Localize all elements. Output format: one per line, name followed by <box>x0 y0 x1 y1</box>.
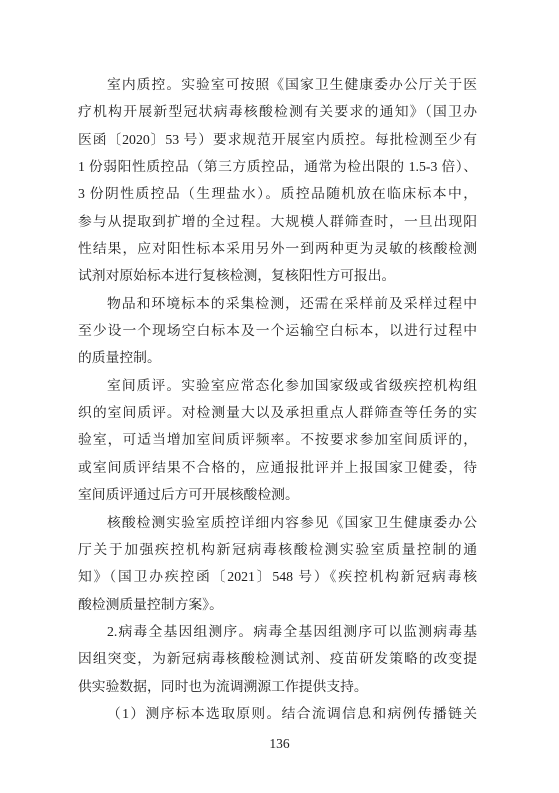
text-line: 酸检测质量控制方案》。 <box>78 591 477 618</box>
text-line: （1）测序标本选取原则。结合流调信息和病例传播链关 <box>78 700 477 727</box>
text-line: 2.病毒全基因组测序。病毒全基因组测序可以监测病毒基 <box>78 618 477 645</box>
text-line: 疗机构开展新型冠状病毒核酸检测有关要求的通知》（国卫办 <box>78 98 477 125</box>
text-line: 参与从提取到扩增的全过程。大规模人群筛查时，一旦出现阳 <box>78 208 477 235</box>
text-line: 核酸检测实验室质控详细内容参见《国家卫生健康委办公 <box>78 509 477 536</box>
text-line: 的质量控制。 <box>78 344 477 371</box>
text-line: 物品和环境标本的采集检测，还需在采样前及采样过程中 <box>78 290 477 317</box>
text-line: 室间质评通过后方可开展核酸检测。 <box>78 481 477 508</box>
text-line: 3 份阴性质控品（生理盐水）。质控品随机放在临床标本中， <box>78 180 477 207</box>
page-number: 136 <box>0 736 559 752</box>
text-line: 厅关于加强疾控机构新冠病毒核酸检测实验室质量控制的通 <box>78 536 477 563</box>
text-line: 性结果，应对阳性标本采用另外一到两种更为灵敏的核酸检测 <box>78 235 477 262</box>
text-line: 或室间质评结果不合格的，应通报批评并上报国家卫健委，待 <box>78 454 477 481</box>
text-line: 试剂对原始标本进行复核检测，复核阳性方可报出。 <box>78 262 477 289</box>
text-line: 室间质评。实验室应常态化参加国家级或省级疾控机构组 <box>78 372 477 399</box>
text-line: 织的室间质评。对检测量大以及承担重点人群筛查等任务的实 <box>78 399 477 426</box>
text-block: 室内质控。实验室可按照《国家卫生健康委办公厅关于医疗机构开展新型冠状病毒核酸检测… <box>78 71 477 727</box>
text-line: 医函〔2020〕53 号）要求规范开展室内质控。每批检测至少有 <box>78 126 477 153</box>
text-line: 至少设一个现场空白标本及一个运输空白标本，以进行过程中 <box>78 317 477 344</box>
text-line: 知》（国卫办疾控函〔2021〕548 号）《疾控机构新冠病毒核 <box>78 563 477 590</box>
document-page: 室内质控。实验室可按照《国家卫生健康委办公厅关于医疗机构开展新型冠状病毒核酸检测… <box>0 0 559 793</box>
text-line: 因组突变，为新冠病毒核酸检测试剂、疫苗研发策略的改变提 <box>78 645 477 672</box>
text-line: 1 份弱阳性质控品（第三方质控品，通常为检出限的 1.5-3 倍）、 <box>78 153 477 180</box>
text-line: 验室，可适当增加室间质评频率。不按要求参加室间质评的， <box>78 426 477 453</box>
text-line: 室内质控。实验室可按照《国家卫生健康委办公厅关于医 <box>78 71 477 98</box>
text-line: 供实验数据，同时也为流调溯源工作提供支持。 <box>78 673 477 700</box>
